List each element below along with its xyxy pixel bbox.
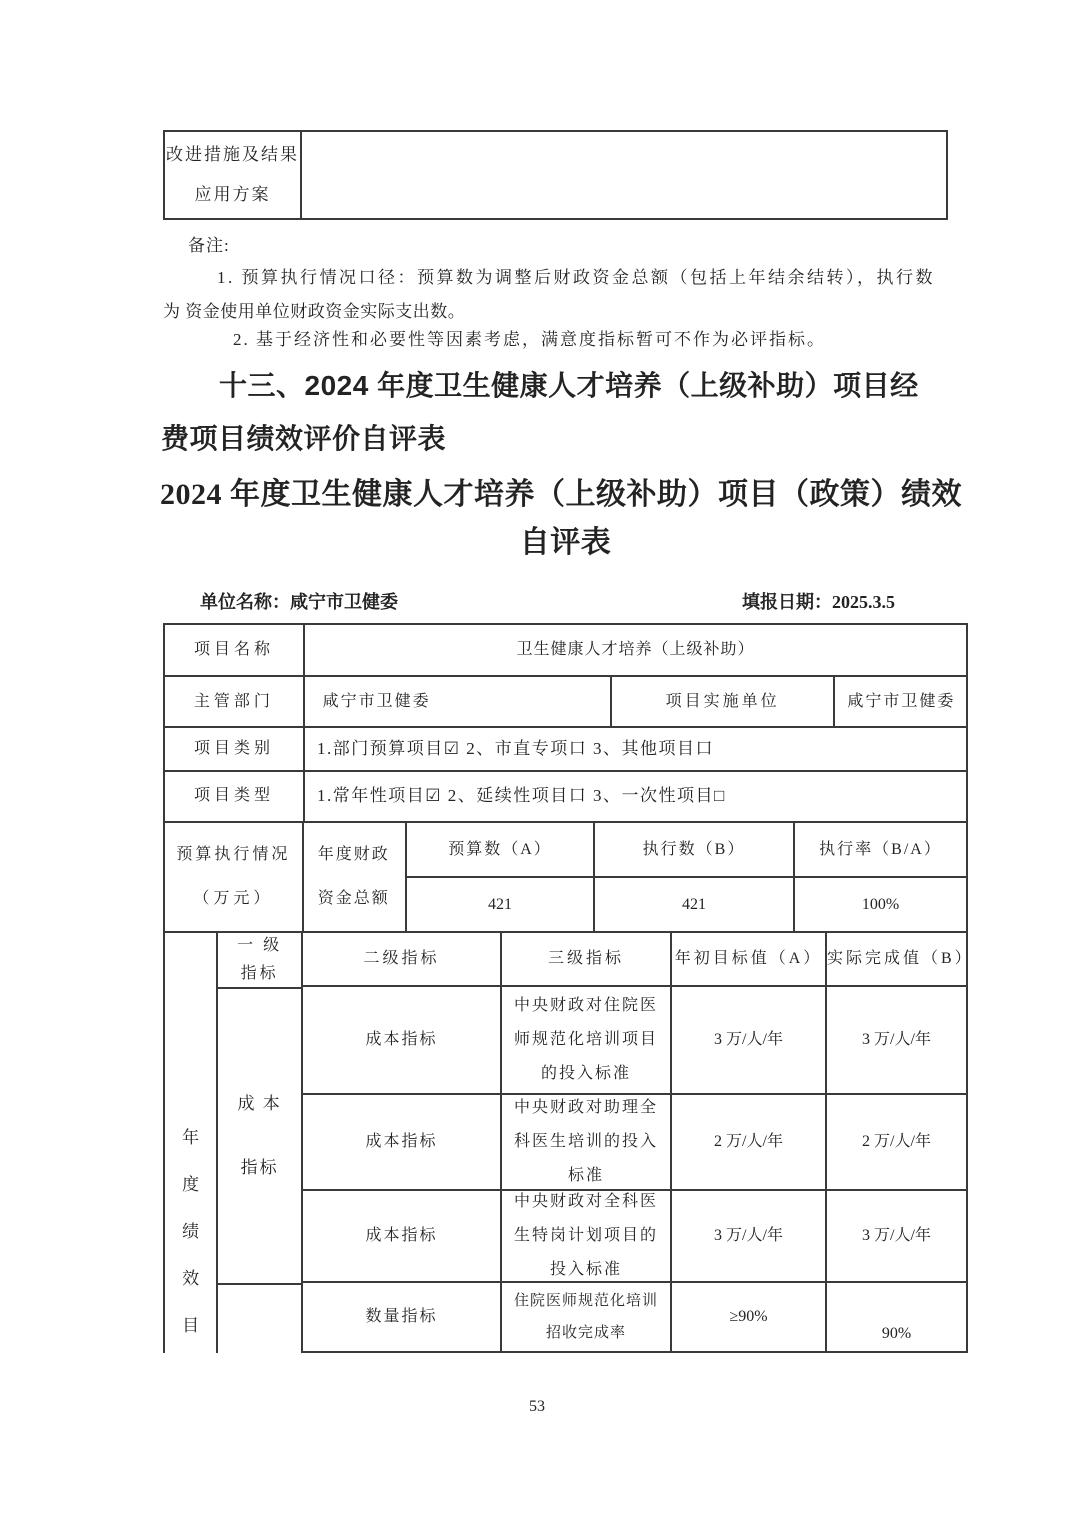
indicator-header-row: 二级指标 三级指标 年初目标值（A） 实际完成值（B）	[303, 933, 968, 987]
budget-subtable: 预算数（A） 执行数（B） 执行率（B/A） 421 421 100%	[407, 823, 968, 933]
notes-title: 备注:	[188, 231, 230, 256]
unit-name-label: 单位名称：咸宁市卫健委	[200, 588, 398, 614]
level1-group-line2: 指标	[241, 1157, 279, 1179]
budget-header-subrow: 预算数（A） 执行数（B） 执行率（B/A）	[407, 823, 968, 878]
actual-header-cell: 实际完成值（B）	[827, 933, 968, 987]
level3-header-cell: 三级指标	[502, 933, 672, 987]
page-number: 53	[0, 1398, 1074, 1416]
table-row: 数量指标 住院医师规范化培训招收完成率 ≥90% 90%	[303, 1283, 968, 1353]
level3-cell: 中央财政对助理全科医生培训的投入标准	[502, 1095, 672, 1191]
level1-column: 一 级 指标 成 本 指标	[218, 933, 303, 1353]
budget-value-a-cell: 421	[407, 878, 595, 933]
section-heading-line1: 十三、2024 年度卫生健康人才培养（上级补助）项目经	[219, 364, 919, 404]
level1-header-line2: 指标	[241, 960, 279, 988]
level3-cell: 住院医师规范化培训招收完成率	[502, 1283, 672, 1353]
level1-group-line1: 成 本	[238, 1093, 282, 1115]
side-label-char: 绩	[182, 1208, 199, 1255]
project-name-label-cell: 项目名称	[165, 625, 305, 677]
budget-col-rate-header: 执行率（B/A）	[795, 823, 968, 878]
level2-cell: 成本指标	[303, 987, 502, 1095]
side-label-char: 度	[182, 1161, 199, 1208]
indicator-section: 年 度 绩 效 目 一 级 指标 成 本 指标	[165, 933, 968, 1353]
improvement-measures-value-cell	[302, 132, 948, 220]
side-label-char: 年	[182, 1114, 199, 1161]
budget-col-a-header: 预算数（A）	[407, 823, 595, 878]
annual-fund-line2: 资金总额	[318, 888, 390, 910]
annual-fund-cell: 年度财政 资金总额	[304, 823, 407, 933]
impl-unit-label-cell: 项目实施单位	[612, 677, 835, 727]
target-value-cell: 3 万/人/年	[672, 987, 827, 1095]
level2-cell: 成本指标	[303, 1095, 502, 1191]
budget-label-cell: 预算执行情况 （万元）	[165, 823, 304, 933]
project-name-row: 项目名称 卫生健康人才培养（上级补助）	[165, 625, 968, 677]
actual-value-cell: 3 万/人/年	[827, 1191, 968, 1283]
improvement-measures-label-cell: 改进措施及结果 应用方案	[165, 132, 302, 220]
actual-value-cell: 90%	[827, 1283, 968, 1353]
impl-unit-value-cell: 咸宁市卫健委	[835, 677, 968, 727]
report-date-label: 填报日期：2025.3.5	[742, 588, 895, 614]
level1-group-cell: 成 本 指标	[218, 989, 303, 1285]
project-type-row: 项目类型 1.常年性项目☑ 2、延续性项目口 3、一次性项目□	[165, 772, 968, 823]
note-line-1: 1. 预算执行情况口径：预算数为调整后财政资金总额（包括上年结余结转），执行数	[217, 263, 935, 288]
document-page: 改进措施及结果 应用方案 备注: 1. 预算执行情况口径：预算数为调整后财政资金…	[0, 0, 1074, 1520]
level2-header-cell: 二级指标	[303, 933, 502, 987]
target-value-cell: 2 万/人/年	[672, 1095, 827, 1191]
budget-col-b-header: 执行数（B）	[595, 823, 795, 878]
budget-value-b-cell: 421	[595, 878, 795, 933]
annual-performance-vertical-label: 年 度 绩 效 目	[165, 933, 218, 1353]
level3-cell: 中央财政对住院医师规范化培训项目的投入标准	[502, 987, 672, 1095]
table-row: 成本指标 中央财政对住院医师规范化培训项目的投入标准 3 万/人/年 3 万/人…	[303, 987, 968, 1095]
budget-label-line2: （万元）	[193, 888, 273, 910]
actual-value-cell: 2 万/人/年	[827, 1095, 968, 1191]
dept-value-cell: 咸宁市卫健委	[305, 677, 612, 727]
table-row: 成本指标 中央财政对全科医生特岗计划项目的投入标准 3 万/人/年 3 万/人/…	[303, 1191, 968, 1283]
indicator-grid: 二级指标 三级指标 年初目标值（A） 实际完成值（B） 成本指标 中央财政对住院…	[303, 933, 968, 1353]
improvement-measures-label-line2: 应用方案	[195, 175, 271, 215]
level1-header-line1: 一 级	[237, 932, 282, 960]
self-evaluation-table: 项目名称 卫生健康人才培养（上级补助） 主管部门 咸宁市卫健委 项目实施单位 咸…	[163, 623, 968, 1353]
section-heading-line2: 费项目绩效评价自评表	[161, 417, 446, 457]
side-label-char: 效	[182, 1255, 199, 1302]
improvement-measures-label-line1: 改进措施及结果	[166, 135, 299, 175]
level2-cell: 成本指标	[303, 1191, 502, 1283]
table-title-line2: 自评表	[163, 517, 968, 561]
improvement-measures-table: 改进措施及结果 应用方案	[163, 130, 948, 220]
type-value-cell: 1.常年性项目☑ 2、延续性项目口 3、一次性项目□	[305, 772, 968, 823]
dept-label-cell: 主管部门	[165, 677, 305, 727]
target-header-cell: 年初目标值（A）	[672, 933, 827, 987]
table-title-line1: 2024 年度卫生健康人才培养（上级补助）项目（政策）绩效	[160, 469, 962, 513]
note-line-3: 2. 基于经济性和必要性等因素考虑，满意度指标暂可不作为必评指标。	[233, 325, 826, 350]
category-value-cell: 1.部门预算项目☑ 2、市直专项口 3、其他项目口	[305, 728, 968, 772]
level1-empty-cell	[218, 1285, 303, 1353]
level2-cell: 数量指标	[303, 1283, 502, 1353]
category-label-cell: 项目类别	[165, 728, 305, 772]
department-row: 主管部门 咸宁市卫健委 项目实施单位 咸宁市卫健委	[165, 677, 968, 727]
level3-cell: 中央财政对全科医生特岗计划项目的投入标准	[502, 1191, 672, 1283]
side-label-char: 目	[182, 1302, 199, 1349]
annual-fund-line1: 年度财政	[318, 844, 390, 866]
level1-header-cell: 一 级 指标	[218, 933, 303, 989]
target-value-cell: 3 万/人/年	[672, 1191, 827, 1283]
budget-value-subrow: 421 421 100%	[407, 878, 968, 933]
type-label-cell: 项目类型	[165, 772, 305, 823]
budget-label-line1: 预算执行情况	[176, 844, 290, 866]
note-line-2: 为 资金使用单位财政资金实际支出数。	[163, 297, 465, 322]
actual-value-cell: 3 万/人/年	[827, 987, 968, 1095]
budget-execution-row: 预算执行情况 （万元） 年度财政 资金总额 预算数（A） 执行数（B） 执行率（…	[165, 823, 968, 933]
project-name-value-cell: 卫生健康人才培养（上级补助）	[305, 625, 968, 677]
budget-rate-cell: 100%	[795, 878, 968, 933]
project-category-row: 项目类别 1.部门预算项目☑ 2、市直专项口 3、其他项目口	[165, 728, 968, 772]
target-value-cell: ≥90%	[672, 1283, 827, 1353]
table-row: 成本指标 中央财政对助理全科医生培训的投入标准 2 万/人/年 2 万/人/年	[303, 1095, 968, 1191]
